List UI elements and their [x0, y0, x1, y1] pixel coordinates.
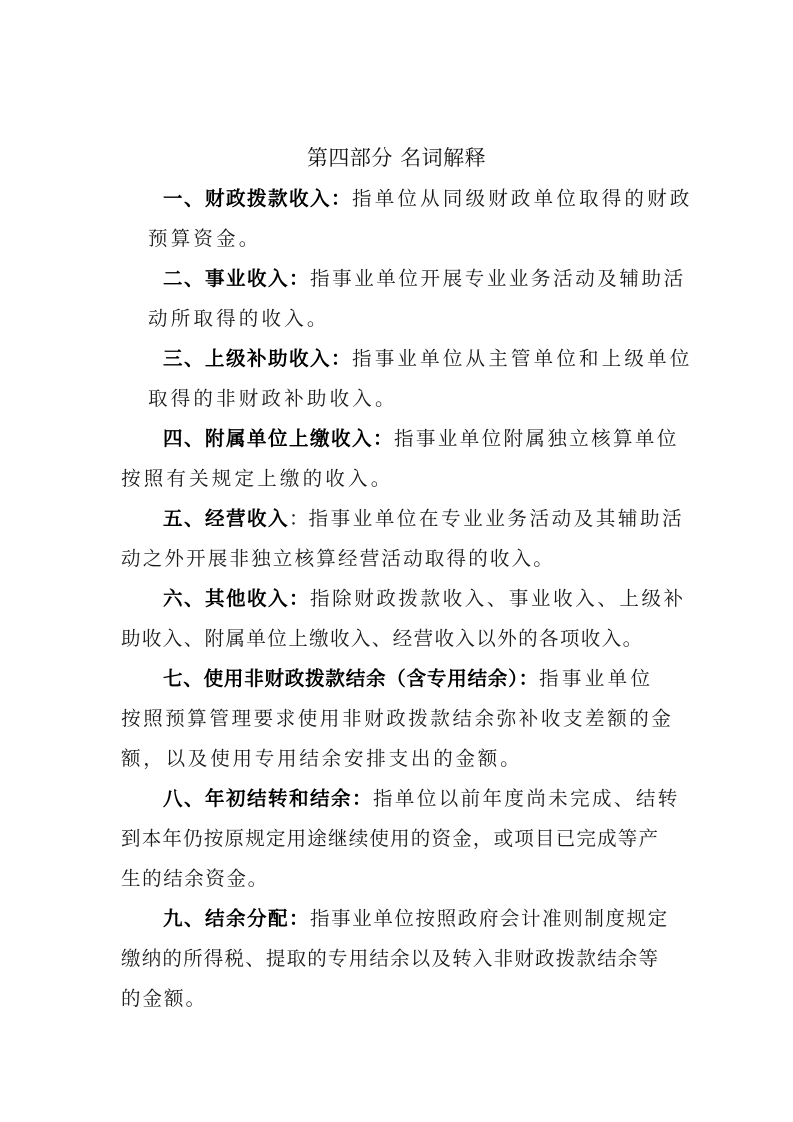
entry-8-def-cont-1: 到本年仍按原规定用途继续使用的资金，或项目已完成等产	[121, 827, 659, 850]
entry-1-term: 一、财政拨款收入：	[163, 187, 352, 210]
entry-3-term: 三、上级补助收入：	[163, 347, 352, 370]
entry-1-def: 指单位从同级财政单位取得的财政	[352, 187, 693, 210]
entry-5-def: 指事业单位在专业业务活动及其辅助活	[309, 507, 685, 530]
entry-7-term: 七、使用非财政拨款结余（含专用结余）：	[163, 667, 539, 690]
entry-8-line-3: 生的结余资金。	[121, 864, 269, 894]
entry-6-line-2: 助收入、附属单位上缴收入、经营收入以外的各项收入。	[121, 624, 644, 654]
entry-9-term: 九、结余分配：	[163, 907, 310, 930]
entry-7-def-cont-1: 按照预算管理要求使用非财政拨款结余弥补收支差额的金	[121, 707, 674, 730]
entry-3-def: 指事业单位从主管单位和上级单位	[352, 347, 693, 370]
entry-7-line-2: 按照预算管理要求使用非财政拨款结余弥补收支差额的金	[121, 704, 674, 734]
entry-5-term: 五、经营收入	[163, 507, 289, 530]
entry-3-def-cont: 取得的非财政补助收入。	[148, 387, 398, 410]
page-title: 第四部分 名词解释	[0, 143, 793, 173]
entry-8-line-1: 八、年初结转和结余：指单位以前年度尚未完成、结转	[163, 784, 680, 814]
entry-7-line-1: 七、使用非财政拨款结余（含专用结余）：指事业单位	[163, 664, 653, 694]
document-page: 第四部分 名词解释 一、财政拨款收入：指单位从同级财政单位取得的财政 预算资金。…	[0, 0, 793, 1122]
entry-1-line-1: 一、财政拨款收入：指单位从同级财政单位取得的财政	[163, 184, 693, 214]
entry-5-colon: ：	[289, 507, 309, 530]
entry-9-def-cont-2: 的金额。	[121, 987, 207, 1010]
entry-9-line-1: 九、结余分配：指事业单位按照政府会计准则制度规定	[163, 904, 669, 934]
entry-8-term: 八、年初结转和结余：	[163, 787, 373, 810]
entry-7-def-cont-2: 额，以及使用专用结余安排支出的金额。	[121, 747, 522, 770]
entry-6-def: 指除财政拨款收入、事业收入、上级补	[310, 587, 686, 610]
entry-6-line-1: 六、其他收入：指除财政拨款收入、事业收入、上级补	[163, 584, 686, 614]
entry-8-def-cont-2: 生的结余资金。	[121, 867, 269, 890]
entry-5-line-1: 五、经营收入：指事业单位在专业业务活动及其辅助活	[163, 504, 684, 534]
entry-4-line-2: 按照有关规定上缴的收入。	[121, 464, 393, 494]
entry-9-line-2: 缴纳的所得税、提取的专用结余以及转入非财政拨款结余等	[121, 944, 659, 974]
entry-1-line-2: 预算资金。	[148, 224, 262, 254]
entry-4-def: 指事业单位附属独立核算单位	[394, 427, 679, 450]
entry-8-def: 指单位以前年度尚未完成、结转	[373, 787, 680, 810]
entry-2-def: 指事业单位开展专业业务活动及辅助活	[310, 267, 686, 290]
entry-7-def: 指事业单位	[539, 667, 654, 690]
entry-5-def-cont: 动之外开展非独立核算经营活动取得的收入。	[121, 547, 555, 570]
entry-4-term: 四、附属单位上缴收入：	[163, 427, 394, 450]
entry-4-def-cont: 按照有关规定上缴的收入。	[121, 467, 393, 490]
entry-3-line-2: 取得的非财政补助收入。	[148, 384, 398, 414]
entry-9-def-cont-1: 缴纳的所得税、提取的专用结余以及转入非财政拨款结余等	[121, 947, 659, 970]
entry-3-line-1: 三、上级补助收入：指事业单位从主管单位和上级单位	[163, 344, 693, 374]
entry-2-def-cont: 动所取得的收入。	[148, 307, 330, 330]
entry-2-term: 二、事业收入：	[163, 267, 310, 290]
entry-2-line-1: 二、事业收入：指事业单位开展专业业务活动及辅助活	[163, 264, 686, 294]
entry-1-def-cont: 预算资金。	[148, 227, 262, 250]
entry-9-line-3: 的金额。	[121, 984, 207, 1014]
entry-7-line-3: 额，以及使用专用结余安排支出的金额。	[121, 744, 522, 774]
entry-6-term: 六、其他收入：	[163, 587, 310, 610]
entry-2-line-2: 动所取得的收入。	[148, 304, 330, 334]
entry-4-line-1: 四、附属单位上缴收入：指事业单位附属独立核算单位	[163, 424, 679, 454]
entry-9-def: 指事业单位按照政府会计准则制度规定	[310, 907, 669, 930]
entry-8-line-2: 到本年仍按原规定用途继续使用的资金，或项目已完成等产	[121, 824, 659, 854]
entry-5-line-2: 动之外开展非独立核算经营活动取得的收入。	[121, 544, 555, 574]
entry-6-def-cont: 助收入、附属单位上缴收入、经营收入以外的各项收入。	[121, 627, 644, 650]
